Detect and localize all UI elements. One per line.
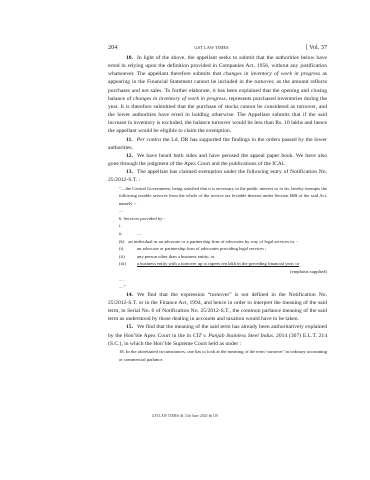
notification-quote: "....the Central Government, being satis… bbox=[119, 185, 327, 291]
clause-ii: (ii)any person other than a business ent… bbox=[119, 253, 327, 261]
paragraph-13: 13.The appellant has claimed exemption u… bbox=[108, 168, 327, 184]
page-number: 204 bbox=[108, 44, 117, 51]
clause-iii: (iii)a business entity with a turnover u… bbox=[119, 260, 327, 268]
clause-i: (i)an advocate or partnership firm of ad… bbox=[119, 245, 327, 253]
page-footer: GSTLAW TIMES ⊞ 11th June 2020 ⊞ 118 bbox=[0, 414, 370, 418]
emphasis-note: (emphasis supplied) bbox=[119, 268, 327, 276]
judgment-quote: 18. In the aforestated circumstances, on… bbox=[119, 348, 327, 363]
volume-label: [ Vol. 37 bbox=[306, 44, 327, 51]
document-page: 204 GST LAW TIMES [ Vol. 37 10.In light … bbox=[108, 44, 327, 363]
paragraph-12: 12.We have heard both sides and have per… bbox=[108, 152, 327, 168]
journal-title: GST LAW TIMES bbox=[194, 45, 228, 50]
running-header: 204 GST LAW TIMES [ Vol. 37 bbox=[108, 44, 327, 54]
clause-b: (b)an individual as an advocate or a par… bbox=[119, 238, 327, 246]
paragraph-10: 10.In light of the above, the appellant … bbox=[108, 54, 327, 136]
paragraph-15: 15.We find that the meaning of the said … bbox=[108, 323, 327, 347]
paragraph-11: 11.Per contra the Ld. DR has supported t… bbox=[108, 136, 327, 152]
paragraph-14: 14.We find that the expression “turnover… bbox=[108, 291, 327, 324]
